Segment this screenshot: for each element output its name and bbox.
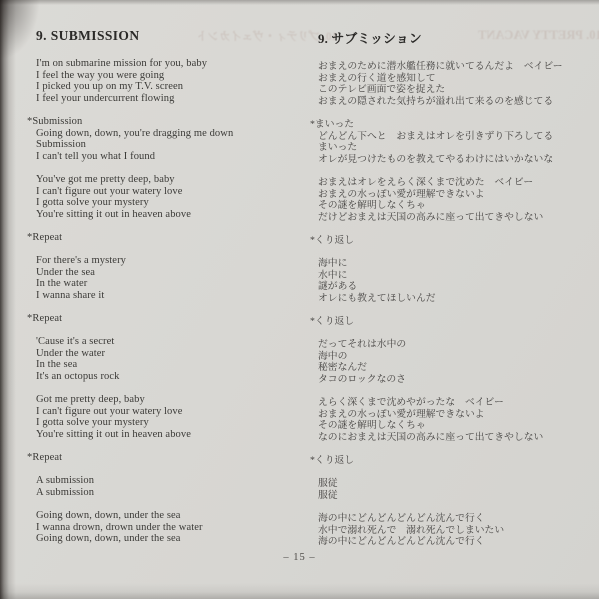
stanza: *くり返し <box>318 316 590 328</box>
stanza: 海中に水中に謎があるオレにも教えてほしいんだ <box>318 258 590 304</box>
english-lyrics: I'm on submarine mission for you, babyI … <box>36 58 311 545</box>
lyric-line: おまえの水っぽい愛が理解できないよ <box>318 189 590 201</box>
lyric-line: このテレビ画面で姿を捉えた <box>318 84 590 96</box>
lyric-line: *Submission <box>27 116 311 128</box>
stanza: 海の中にどんどんどんどん沈んで行く水中で溺れ死んで 溺れ死んでしまいたい海の中に… <box>318 513 590 548</box>
lyric-line: 海の中にどんどんどんどん沈んで行く <box>318 536 590 548</box>
lyric-line: Going down, down, under the sea <box>36 510 311 522</box>
lyric-line: I feel your undercurrent flowing <box>36 93 311 105</box>
stanza: Going down, down, under the seaI wanna d… <box>36 510 311 545</box>
lyric-line: オレにも教えてほしいんだ <box>318 293 590 305</box>
lyric-line: Got me pretty deep, baby <box>36 394 311 406</box>
lyric-line: 謎がある <box>318 281 590 293</box>
japanese-lyrics: おまえのために潜水艦任務に就いてるんだよ ベイビーおまえの行く道を感知してこのテ… <box>318 61 590 548</box>
lyric-line: えらく深くまで沈めやがったな ベイビー <box>318 397 590 409</box>
lyric-line: 海中の <box>318 351 590 363</box>
lyric-line: 服従 <box>318 490 590 502</box>
lyric-line: A submission <box>36 475 311 487</box>
lyric-line: You've got me pretty deep, baby <box>36 174 311 186</box>
lyric-line: まいった <box>318 142 590 154</box>
lyric-line: 'Cause it's a secret <box>36 336 311 348</box>
lyric-line: 秘密なんだ <box>318 362 590 374</box>
stanza: だってそれは水中の海中の秘密なんだタコのロックなのさ <box>318 339 590 385</box>
stanza: おまえのために潜水艦任務に就いてるんだよ ベイビーおまえの行く道を感知してこのテ… <box>318 61 590 107</box>
stanza: おまえはオレをえらく深くまで沈めた ベイビーおまえの水っぽい愛が理解できないよそ… <box>318 177 590 223</box>
stanza: *くり返し <box>318 455 590 467</box>
lyric-line: It's an octopus rock <box>36 371 311 383</box>
lyric-line: おまえのために潜水艦任務に就いてるんだよ ベイビー <box>318 61 590 73</box>
lyric-line: A submission <box>36 487 311 499</box>
lyric-line: Going down, down, you're dragging me dow… <box>36 128 311 140</box>
stanza: *Repeat <box>36 232 311 244</box>
lyric-line: I wanna share it <box>36 290 311 302</box>
lyric-line: *くり返し <box>310 235 590 247</box>
lyric-line: *Repeat <box>27 452 311 464</box>
stanza: *くり返し <box>318 235 590 247</box>
page-edge-shadow-bottom <box>0 583 599 599</box>
stanza: Got me pretty deep, babyI can't figure o… <box>36 394 311 440</box>
stanza: *まいったどんどん下へと おまえはオレを引きずり下ろしてるまいったオレが見つけた… <box>318 119 590 165</box>
stanza: *Repeat <box>36 452 311 464</box>
lyric-line: I feel the way you were going <box>36 70 311 82</box>
lyric-line: Under the water <box>36 348 311 360</box>
lyric-line: *Repeat <box>27 232 311 244</box>
lyric-line: おまえの行く道を感知して <box>318 73 590 85</box>
lyric-line: その謎を解明しなくちゃ <box>318 200 590 212</box>
lyric-line: I can't tell you what I found <box>36 151 311 163</box>
lyric-line: You're sitting it out in heaven above <box>36 209 311 221</box>
lyric-line: なのにおまえは天国の高みに座って出てきやしない <box>318 432 590 444</box>
stanza: 服従服従 <box>318 478 590 501</box>
lyric-line: I picked you up on my T.V. screen <box>36 81 311 93</box>
lyric-line: Going down, down, under the sea <box>36 533 311 545</box>
lyric-line: タコのロックなのさ <box>318 374 590 386</box>
stanza: *SubmissionGoing down, down, you're drag… <box>36 116 311 162</box>
lyric-line: 海の中にどんどんどんどん沈んで行く <box>318 513 590 525</box>
lyric-line: I can't figure out your watery love <box>36 186 311 198</box>
lyric-line: In the sea <box>36 359 311 371</box>
lyric-line: I'm on submarine mission for you, baby <box>36 58 311 70</box>
lyric-line: I wanna drown, drown under the water <box>36 522 311 534</box>
page-edge-shadow-left <box>0 0 16 599</box>
stanza: A submissionA submission <box>36 475 311 498</box>
lyric-line: *くり返し <box>310 455 590 467</box>
lyric-line: おまえはオレをえらく深くまで沈めた ベイビー <box>318 177 590 189</box>
lyric-line: 服従 <box>318 478 590 490</box>
lyric-line: *Repeat <box>27 313 311 325</box>
lyric-line: その謎を解明しなくちゃ <box>318 420 590 432</box>
lyric-line: Submission <box>36 139 311 151</box>
booklet-page: 10. プリティ・ヴェイカント 10. PRETTY VACANT 9. SUB… <box>0 0 599 599</box>
lyric-line: おまえの隠された気持ちが溢れ出て来るのを感じてる <box>318 96 590 108</box>
stanza: 'Cause it's a secretUnder the waterIn th… <box>36 336 311 382</box>
page-corner-shadow <box>0 0 40 60</box>
lyric-line: 海中に <box>318 258 590 270</box>
lyric-line: *くり返し <box>310 316 590 328</box>
lyric-line: You're sitting it out in heaven above <box>36 429 311 441</box>
lyric-line: *まいった <box>310 119 590 131</box>
song-title-english: 9. SUBMISSION <box>36 28 311 44</box>
lyric-line: 水中に <box>318 270 590 282</box>
lyric-line: おまえの水っぽい愛が理解できないよ <box>318 409 590 421</box>
lyric-line: どんどん下へと おまえはオレを引きずり下ろしてる <box>318 131 590 143</box>
lyric-line: だけどおまえは天国の高みに座って出てきやしない <box>318 212 590 224</box>
lyric-line: 水中で溺れ死んで 溺れ死んでしまいたい <box>318 525 590 537</box>
page-edge-shadow-top <box>0 0 599 5</box>
lyric-line: オレが見つけたものを教えてやるわけにはいかないな <box>318 154 590 166</box>
english-lyrics-column: 9. SUBMISSION I'm on submarine mission f… <box>36 28 311 545</box>
stanza: I'm on submarine mission for you, babyI … <box>36 58 311 104</box>
lyric-line: Under the sea <box>36 267 311 279</box>
lyric-line: For there's a mystery <box>36 255 311 267</box>
stanza: For there's a mysteryUnder the seaIn the… <box>36 255 311 301</box>
stanza: えらく深くまで沈めやがったな ベイビーおまえの水っぽい愛が理解できないよその謎を… <box>318 397 590 443</box>
lyric-line: I gotta solve your mystery <box>36 417 311 429</box>
stanza: *Repeat <box>36 313 311 325</box>
lyric-line: I gotta solve your mystery <box>36 197 311 209</box>
song-title-japanese: 9. サブミッション <box>318 28 590 47</box>
page-number: – 15 – <box>0 552 599 563</box>
stanza: You've got me pretty deep, babyI can't f… <box>36 174 311 220</box>
lyric-line: I can't figure out your watery love <box>36 406 311 418</box>
japanese-lyrics-column: 9. サブミッション おまえのために潜水艦任務に就いてるんだよ ベイビーおまえの… <box>318 28 590 548</box>
lyric-line: In the water <box>36 278 311 290</box>
lyric-line: だってそれは水中の <box>318 339 590 351</box>
